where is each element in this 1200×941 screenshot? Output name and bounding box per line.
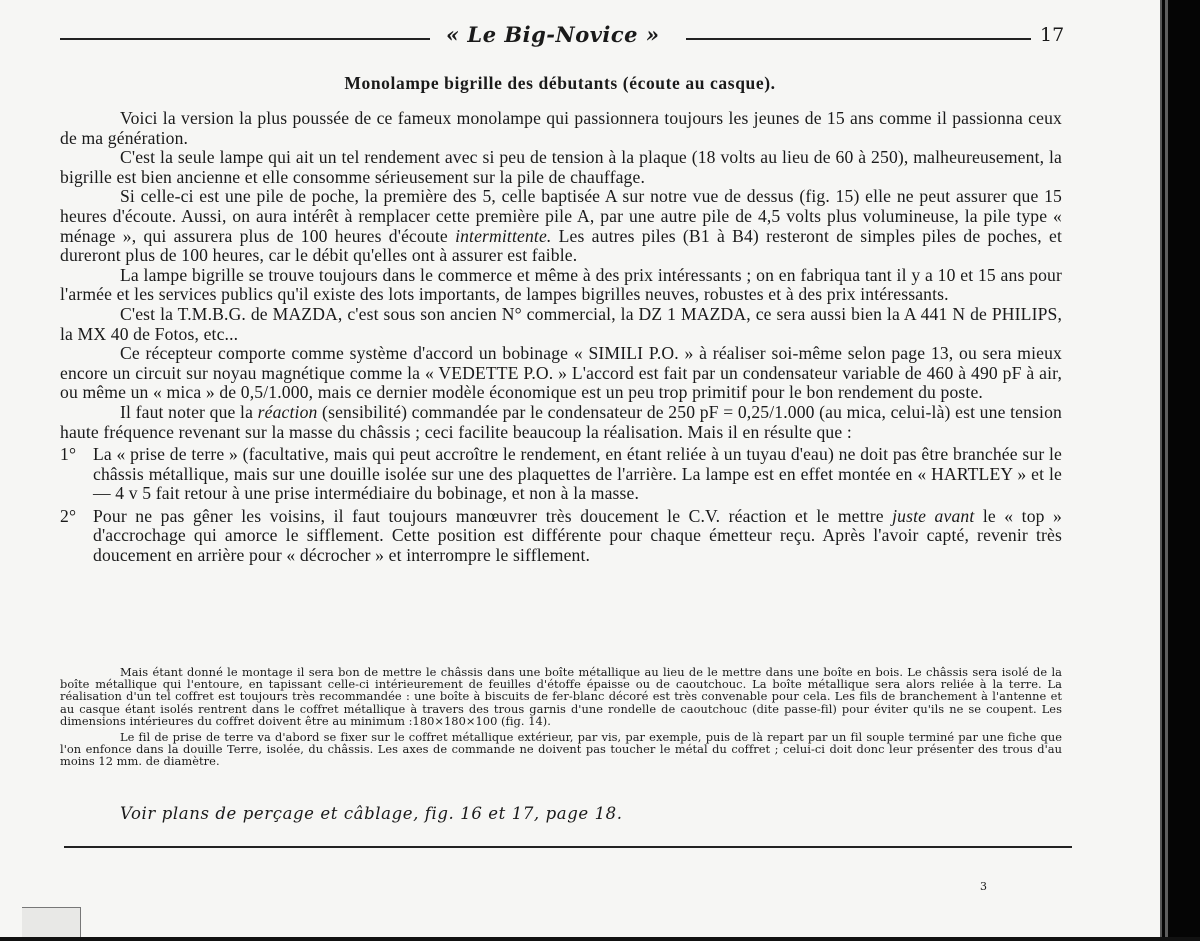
small-print-notes: Mais étant donné le montage il sera bon …: [60, 666, 1062, 772]
book-binding-edge: [1160, 0, 1200, 941]
book-page: « Le Big-Novice » 17 Monolampe bigrille …: [0, 0, 1160, 941]
emphasis: intermittente.: [455, 226, 551, 246]
header-rule-left: [60, 38, 430, 40]
list-number: 1°: [60, 445, 76, 465]
list-text: La « prise de terre » (facultative, mais…: [93, 444, 1062, 503]
paper-tab-stub: [22, 907, 81, 939]
emphasis: réaction: [258, 402, 318, 422]
body-text: Voici la version la plus poussée de ce f…: [60, 109, 1062, 566]
paragraph: C'est la seule lampe qui ait un tel rend…: [60, 148, 1062, 187]
signature-mark: 3: [980, 880, 987, 893]
running-header: « Le Big-Novice » 17: [60, 22, 1060, 52]
paragraph: C'est la T.M.B.G. de MAZDA, c'est sous s…: [60, 305, 1062, 344]
paragraph: Il faut noter que la réaction (sensibili…: [60, 403, 1062, 442]
running-title: « Le Big-Novice »: [446, 22, 746, 47]
list-item: 1° La « prise de terre » (facultative, m…: [60, 445, 1062, 504]
emphasis: juste avant: [892, 506, 974, 526]
paragraph-text: Il faut noter que la: [120, 402, 258, 422]
see-also-reference: Voir plans de perçage et câblage, fig. 1…: [120, 804, 623, 823]
page-edge-line: [1165, 0, 1168, 941]
page-edge-line: [1160, 0, 1162, 941]
paragraph: Ce récepteur comporte comme système d'ac…: [60, 344, 1062, 403]
page-number: 17: [1040, 24, 1064, 46]
header-rule-right: [686, 38, 1031, 40]
section-heading: Monolampe bigrille des débutants (écoute…: [0, 73, 1120, 94]
paragraph: La lampe bigrille se trouve toujours dan…: [60, 266, 1062, 305]
list-number: 2°: [60, 507, 76, 527]
list-text: Pour ne pas gêner les voisins, il faut t…: [93, 506, 892, 526]
paragraph: Si celle-ci est une pile de poche, la pr…: [60, 187, 1062, 265]
note: Le fil de prise de terre va d'abord se f…: [60, 731, 1062, 768]
paragraph: Voici la version la plus poussée de ce f…: [60, 109, 1062, 148]
bottom-scan-shadow: [0, 937, 1200, 941]
list-item: 2° Pour ne pas gêner les voisins, il fau…: [60, 507, 1062, 566]
note: Mais étant donné le montage il sera bon …: [60, 666, 1062, 727]
footer-rule: [64, 846, 1072, 848]
